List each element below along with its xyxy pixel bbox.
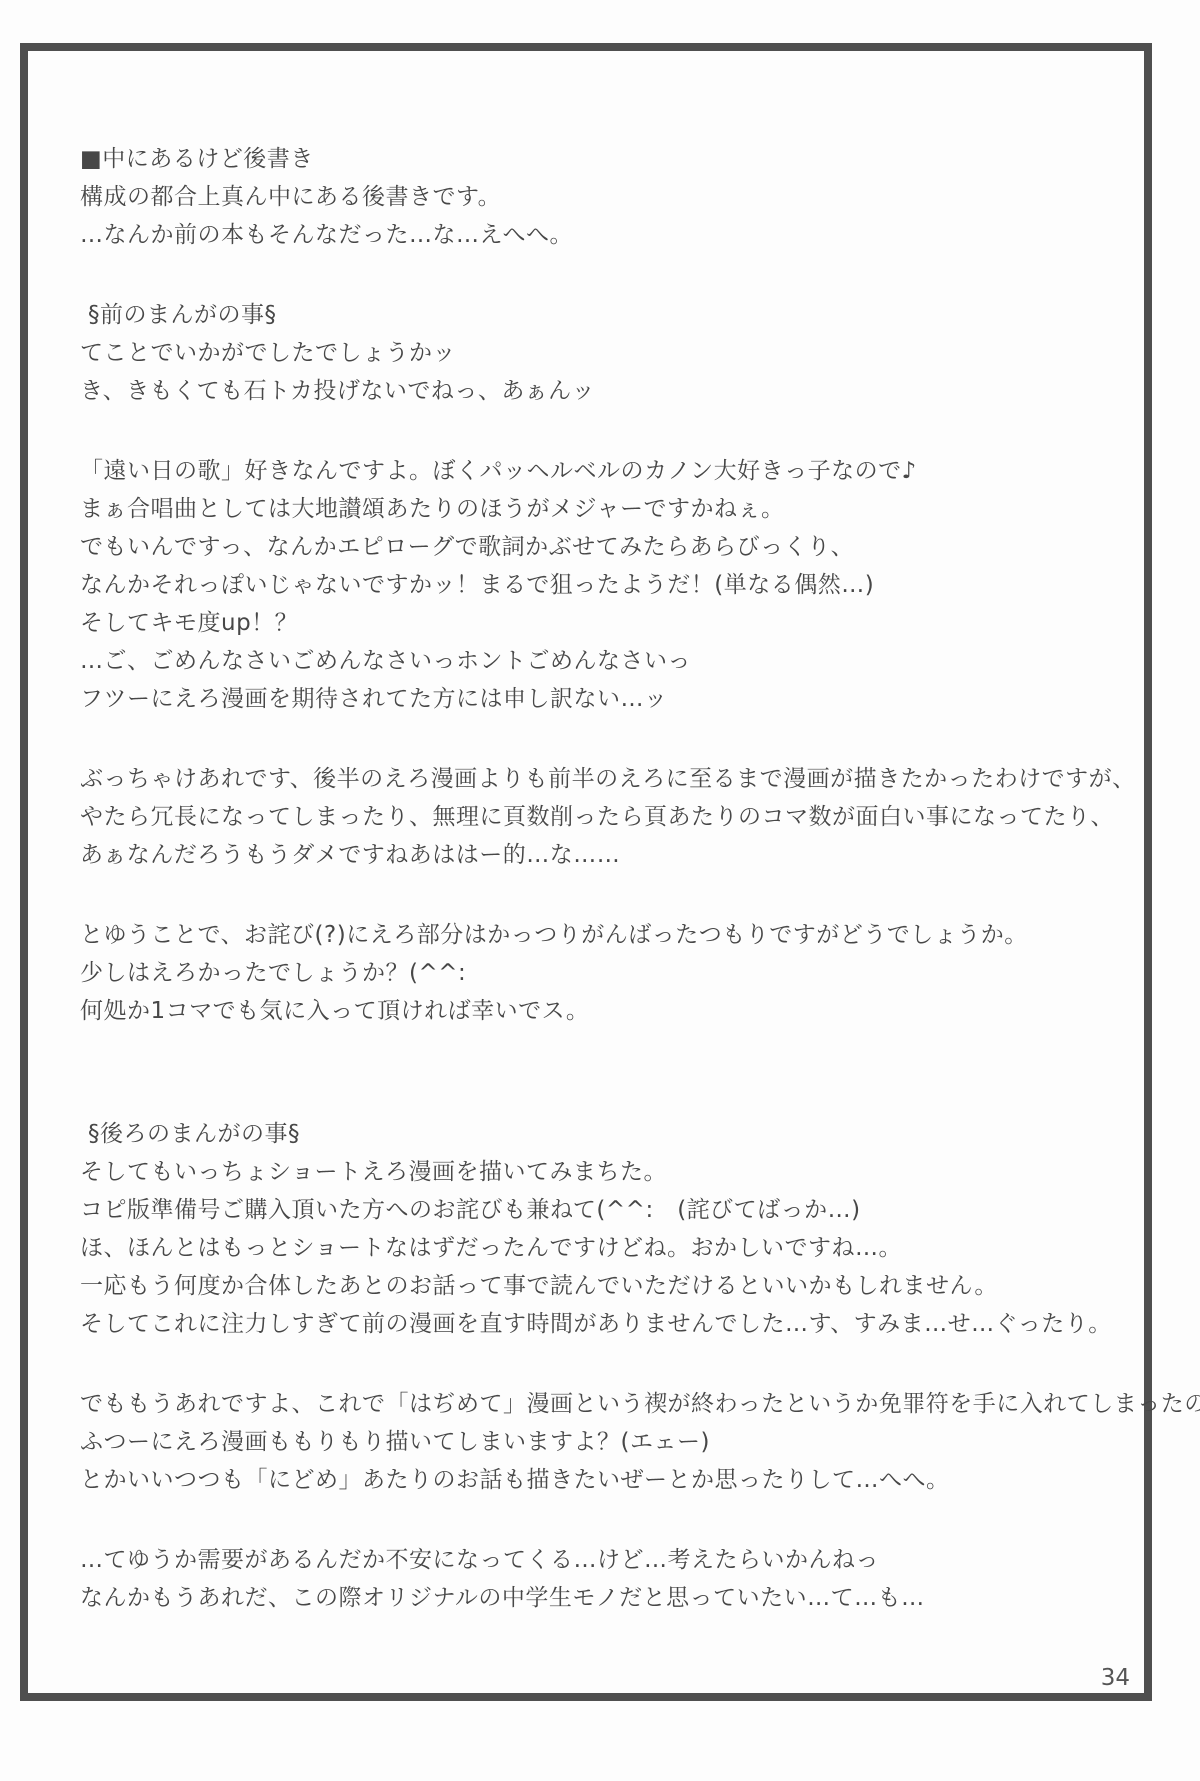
paragraph-back-manga: §後ろのまんがの事§ そしてもいっちょショートえろ漫画を描いてみまちた。 コピ版… <box>80 1115 1126 1343</box>
text-line: あぁなんだろうもうダメですねあははー的…な…… <box>80 836 1126 874</box>
text-line: まぁ合唱曲としては大地讃頌あたりのほうがメジャーですかねぇ。 <box>80 490 1126 528</box>
text-line: とゆうことで、お詫び(?)にえろ部分はかっつりがんばったつもりですがどうでしょう… <box>80 916 1126 954</box>
paragraph-closing: …てゆうか需要があるんだか不安になってくる…けど…考えたらいかんねっ なんかもう… <box>80 1541 1126 1617</box>
text-line: やたら冗長になってしまったり、無理に頁数削ったら頁あたりのコマ数が面白い事になっ… <box>80 798 1126 836</box>
text-line: そしてもいっちょショートえろ漫画を描いてみまちた。 <box>80 1153 1126 1191</box>
scanned-page: ■中にあるけど後書き 構成の都合上真ん中にある後書きです。 …なんか前の本もそん… <box>0 0 1200 1781</box>
text-line: …てゆうか需要があるんだか不安になってくる…けど…考えたらいかんねっ <box>80 1541 1126 1579</box>
text-line: でももうあれですよ、これで「はぢめて」漫画という禊が終わったというか免罪符を手に… <box>80 1385 1126 1423</box>
text-line: き、きもくても石トカ投げないでねっ、あぁんッ <box>80 372 1126 410</box>
text-line: ふつーにえろ漫画ももりもり描いてしまいますよ？(エェー) <box>80 1423 1126 1461</box>
afterword-title: ■中にあるけど後書き <box>80 140 1126 178</box>
paragraph-prev-manga: §前のまんがの事§ てことでいかがでしたでしょうかッ き、きもくても石トカ投げな… <box>80 296 1126 410</box>
text-line: コピ版準備号ご購入頂いた方へのお詫びも兼ねて(^^: (詫びてばっか…) <box>80 1191 1126 1229</box>
text-line: …なんか前の本もそんなだった…な…えへへ。 <box>80 216 1126 254</box>
text-line: なんかもうあれだ、この際オリジナルの中学生モノだと思っていたい…て…も… <box>80 1579 1126 1617</box>
section-heading-back-manga: §後ろのまんがの事§ <box>80 1115 1126 1153</box>
paragraph-song: 「遠い日の歌」好きなんですよ。ぼくパッヘルベルのカノン大好きっ子なので♪ まぁ合… <box>80 452 1126 718</box>
text-line: 構成の都合上真ん中にある後書きです。 <box>80 178 1126 216</box>
text-line: てことでいかがでしたでしょうかッ <box>80 334 1126 372</box>
paragraph-intro: ■中にあるけど後書き 構成の都合上真ん中にある後書きです。 …なんか前の本もそん… <box>80 140 1126 254</box>
text-line: ぶっちゃけあれです、後半のえろ漫画よりも前半のえろに至るまで漫画が描きたかったわ… <box>80 760 1126 798</box>
paragraph-future: でももうあれですよ、これで「はぢめて」漫画という禊が終わったというか免罪符を手に… <box>80 1385 1126 1499</box>
page-number: 34 <box>1101 1665 1130 1691</box>
text-line: 一応もう何度か合体したあとのお話って事で読んでいただけるといいかもしれません。 <box>80 1267 1126 1305</box>
paragraph-honest: ぶっちゃけあれです、後半のえろ漫画よりも前半のえろに至るまで漫画が描きたかったわ… <box>80 760 1126 874</box>
text-line: とかいいつつも「にどめ」あたりのお話も描きたいぜーとか思ったりして…へへ。 <box>80 1461 1126 1499</box>
text-line: そしてこれに注力しすぎて前の漫画を直す時間がありませんでした…す、すみま…せ…ぐ… <box>80 1305 1126 1343</box>
text-line: フツーにえろ漫画を期待されてた方には申し訳ない…ッ <box>80 680 1126 718</box>
afterword-text: ■中にあるけど後書き 構成の都合上真ん中にある後書きです。 …なんか前の本もそん… <box>28 51 1144 1617</box>
text-line: …ご、ごめんなさいごめんなさいっホントごめんなさいっ <box>80 642 1126 680</box>
text-line: ほ、ほんとはもっとショートなはずだったんですけどね。おかしいですね…。 <box>80 1229 1126 1267</box>
page-border-frame: ■中にあるけど後書き 構成の都合上真ん中にある後書きです。 …なんか前の本もそん… <box>20 43 1152 1701</box>
text-line: なんかそれっぽいじゃないですかッ！まるで狙ったようだ！(単なる偶然…) <box>80 566 1126 604</box>
section-heading-prev-manga: §前のまんがの事§ <box>80 296 1126 334</box>
text-line: 何処か1コマでも気に入って頂ければ幸いでス。 <box>80 992 1126 1030</box>
paragraph-apology: とゆうことで、お詫び(?)にえろ部分はかっつりがんばったつもりですがどうでしょう… <box>80 916 1126 1030</box>
text-line: でもいんですっ、なんかエピローグで歌詞かぶせてみたらあらびっくり、 <box>80 528 1126 566</box>
text-line: 少しはえろかったでしょうか？(^^: <box>80 954 1126 992</box>
text-line: 「遠い日の歌」好きなんですよ。ぼくパッヘルベルのカノン大好きっ子なので♪ <box>80 452 1126 490</box>
text-line: そしてキモ度up！？ <box>80 604 1126 642</box>
